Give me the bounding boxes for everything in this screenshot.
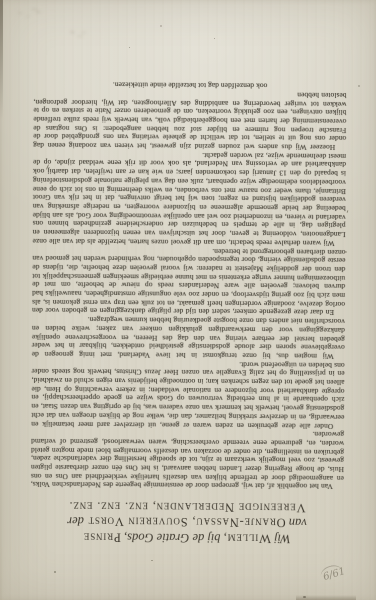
scan-edge-shadow <box>296 595 356 600</box>
paper-speck <box>358 85 360 87</box>
ink-showthrough: ~ ‸ ͡ ⌁ <box>18 7 42 18</box>
headline-text: der <box>67 515 84 529</box>
scan-edge-shadow <box>0 0 3 120</box>
headline-text: Vereenigde Nederlanden, enz. enz. enz. <box>69 499 306 515</box>
body-paragraph: Wij mogten dus, bij onze terugkomst in h… <box>32 314 345 360</box>
body-paragraph: Van het oogenblik af, dat wij, geroepen … <box>31 427 344 490</box>
pencil-inscription: 6/61 <box>322 566 347 583</box>
headline-text: Prinse <box>83 530 121 544</box>
body-paragraph: Hoezeer Wij dus anders wel zouden gezind… <box>33 88 346 151</box>
paper-speck <box>345 251 347 253</box>
ink-showthrough: ⌁ ͜ ~ <box>70 28 88 38</box>
headline-text: Oranje-Nassau, Souverein Vorst <box>84 515 286 530</box>
document-text-block: Wij Willem, bij de Gratie Gods, Prinse v… <box>30 71 346 546</box>
body-paragraph: Wij waren derhalve reeds bedacht, om aan… <box>32 149 346 247</box>
headline-text: bij de Gratie Gods, <box>121 531 221 546</box>
paper-speck <box>129 47 130 48</box>
scanned-document-page: ~ ‸ ͡ ⌁ ⌁ ͜ ~ Wij Willem, bij de Gratie … <box>0 0 376 600</box>
headline-text: van <box>286 516 307 530</box>
body-paragraph: En daar deze gezegende omkeer, sedert de… <box>32 245 345 317</box>
paper-speck <box>54 571 56 573</box>
paper-speck <box>347 210 349 213</box>
body-paragraph: Onder alle deze gebruiken en zeden waren… <box>31 358 344 430</box>
headline-line-1: Wij Willem, bij de Gratie Gods, Prinse <box>49 529 325 546</box>
headline-text: Wij <box>271 532 291 546</box>
headline-text: Willem <box>227 531 271 545</box>
headline-text: , <box>220 531 226 545</box>
paper-speck <box>160 25 162 27</box>
headline-line-3: Vereenigde Nederlanden, enz. enz. enz. <box>49 498 325 515</box>
paper-speck <box>151 560 153 561</box>
proclamation-headline: Wij Willem, bij de Gratie Gods, Prinse v… <box>49 498 325 546</box>
paper-speck <box>214 38 215 39</box>
headline-line-2: van Oranje-Nassau, Souverein Vorst der <box>49 513 325 530</box>
